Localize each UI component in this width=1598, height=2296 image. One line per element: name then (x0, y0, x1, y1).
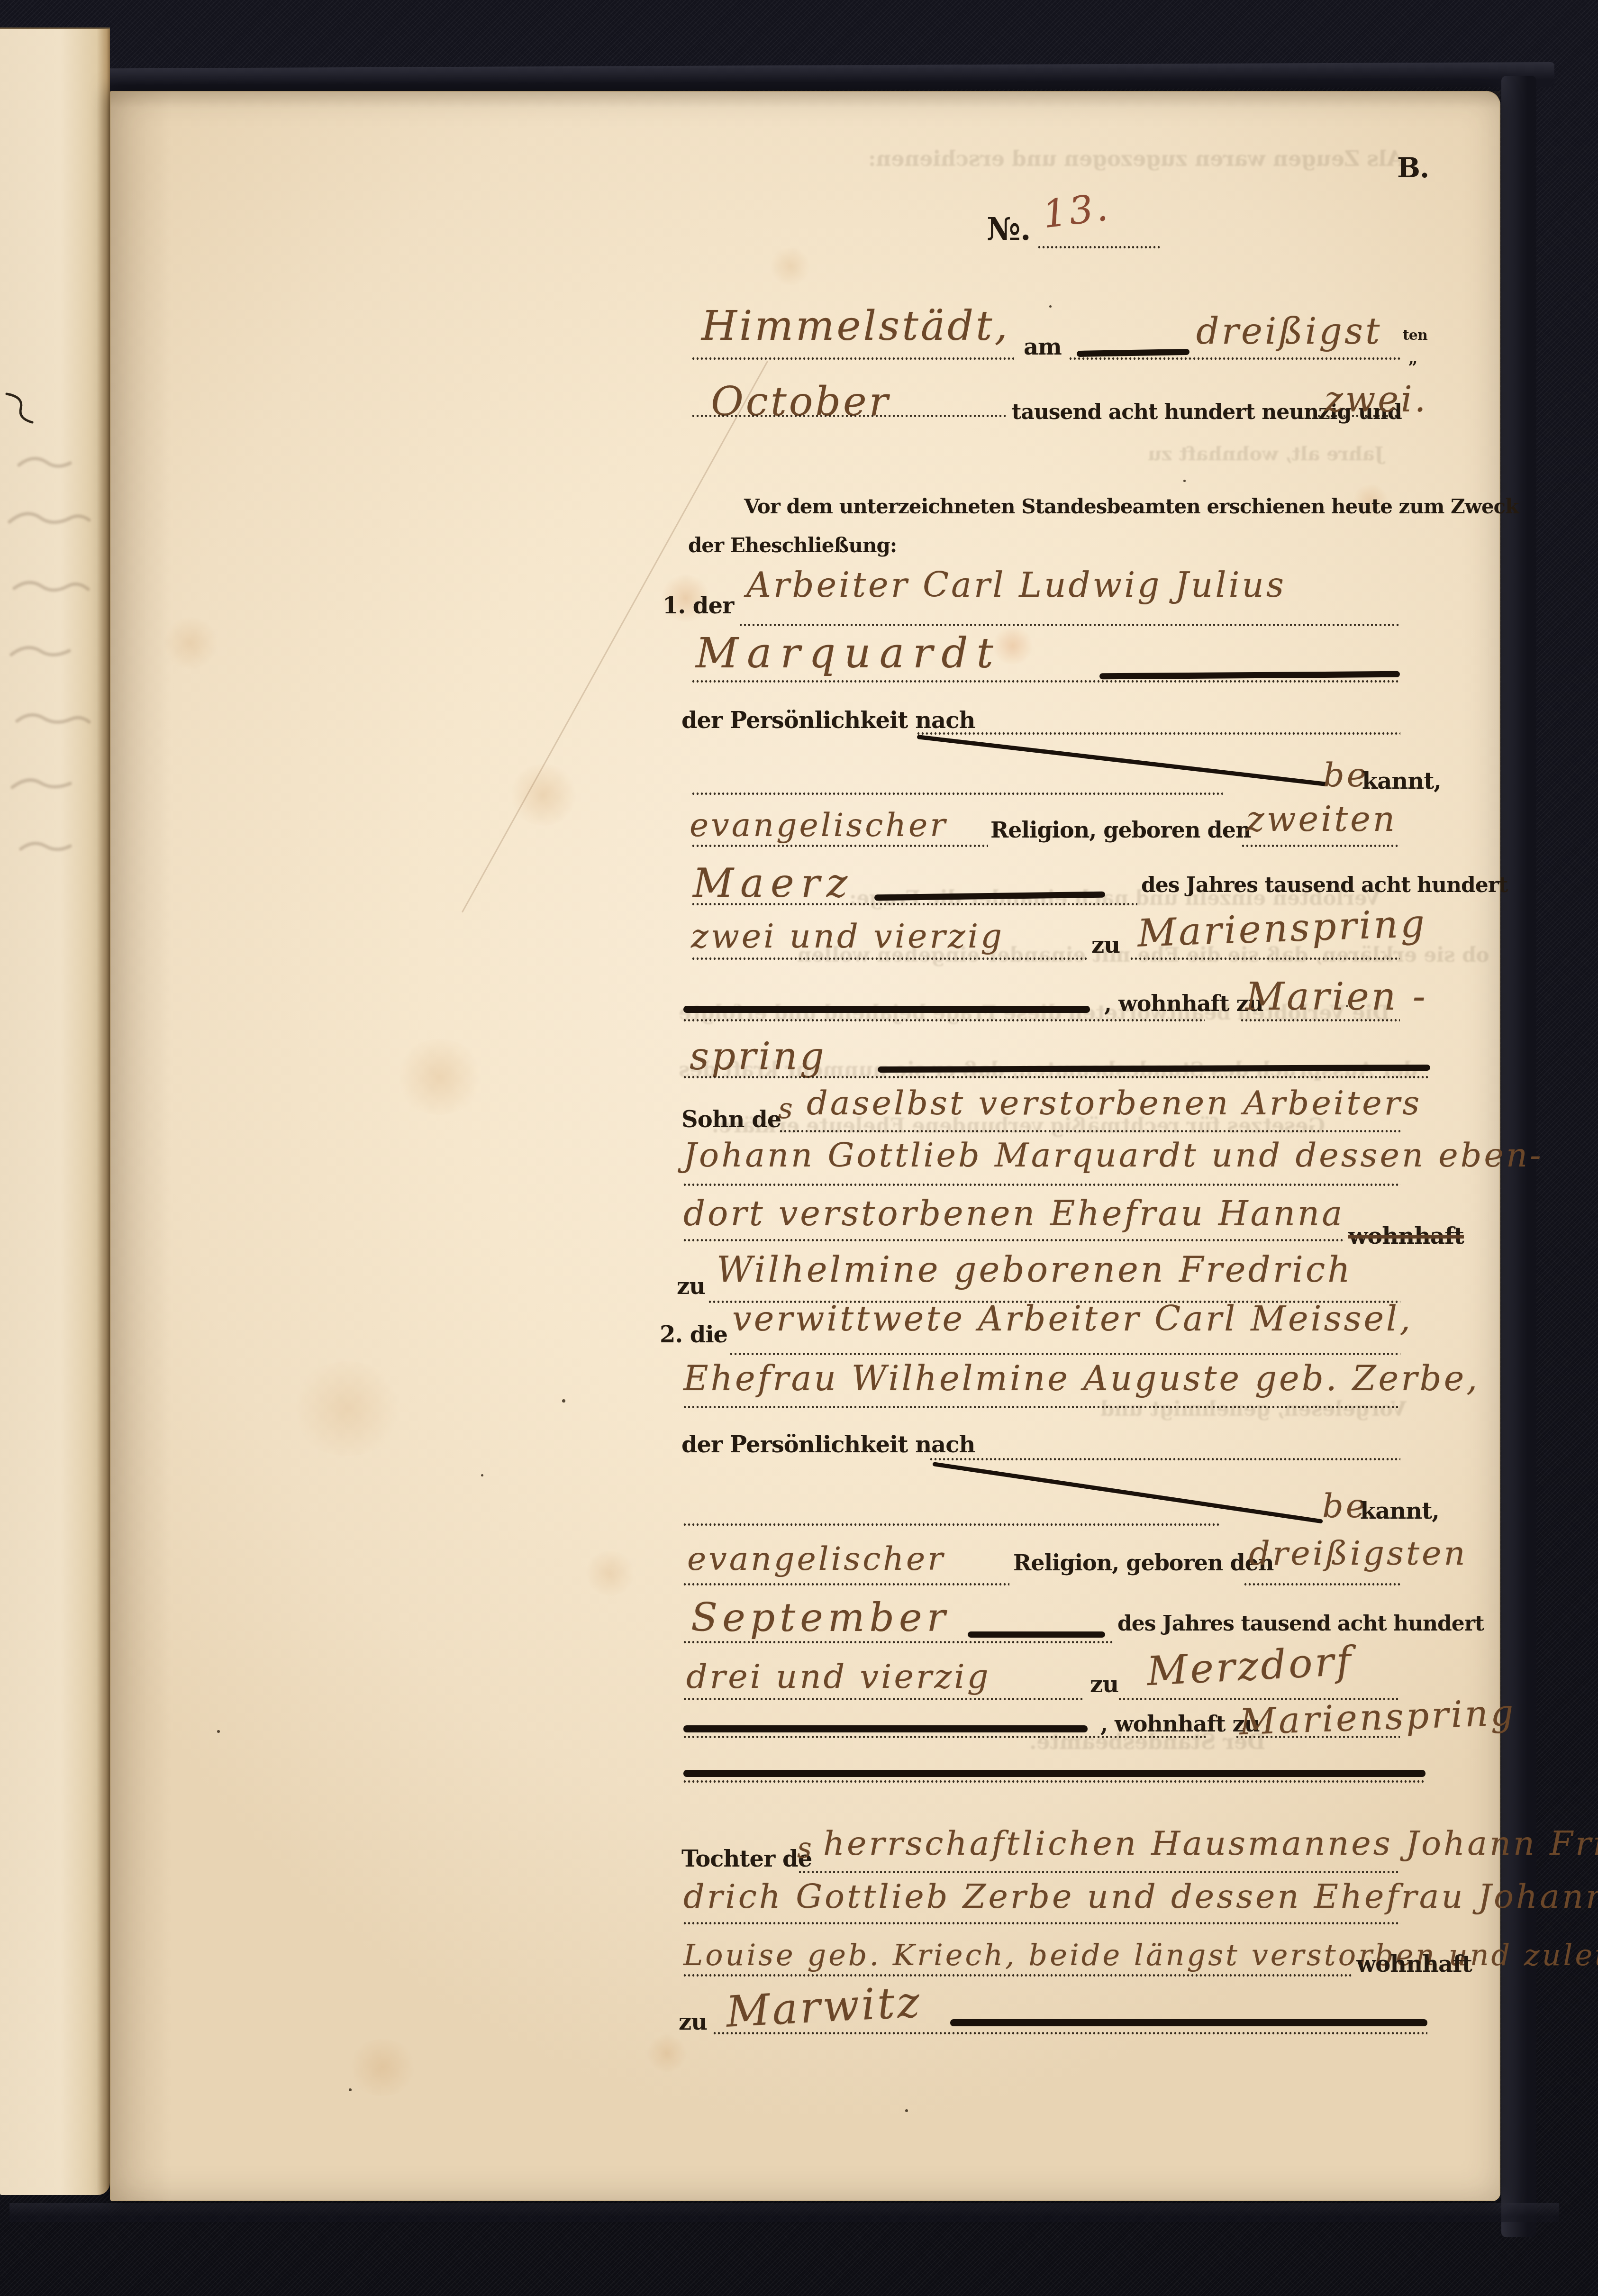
bride-daughter-label: Tochter de (681, 1846, 812, 1872)
place-entry: Himmelstädt, (701, 302, 1010, 350)
dotted-line (683, 1523, 1221, 1526)
groom-residence-line1: Marien - (1245, 975, 1428, 1019)
bride-birth-place: Merzdorf (1146, 1638, 1354, 1695)
zu-label: zu (1090, 1671, 1118, 1698)
groom-son-label: Sohn de (681, 1106, 781, 1133)
age-spot (769, 247, 811, 285)
bleedthrough-line: Als Zeugen waren zugezogen und erschiene… (868, 147, 1403, 171)
bride-item-label: 2. die (660, 1321, 727, 1348)
pen-dash (1077, 349, 1189, 357)
fiber-icon (0, 389, 38, 427)
pen-fill-line (1099, 671, 1400, 679)
dotted-line (692, 357, 1014, 360)
age-spot (394, 1039, 484, 1115)
groom-parents-line3: dort verstorbenen Ehefrau Hanna (683, 1194, 1344, 1233)
groom-wohnhaft-struck: wohnhaft (1348, 1223, 1464, 1249)
dotted-line (1038, 246, 1161, 248)
groom-religion-label: Religion, geboren den (990, 817, 1251, 843)
age-spot (290, 1361, 404, 1456)
ink-speck (481, 1474, 483, 1476)
bleedthrough-line: Vorgelesen, genehmigt und (1100, 1397, 1407, 1421)
bride-residence: Marienspring (1239, 1691, 1516, 1743)
book-scan: Als Zeugen waren zugezogen und erschiene… (0, 0, 1598, 2296)
age-spot (508, 764, 579, 826)
dotted-line (713, 2032, 1427, 2034)
pen-dash (968, 1631, 1105, 1638)
ink-speck (349, 2088, 352, 2091)
groom-known-label: kannt, (1362, 768, 1441, 794)
dotted-line (1242, 845, 1400, 847)
dotted-line (683, 1736, 1206, 1738)
groom-parents-line1: daselbst verstorbenen Arbeiters (807, 1084, 1422, 1122)
day-suffix-mark: „ (1408, 349, 1417, 368)
bride-daughter-label-suffix: s (797, 1831, 814, 1865)
pen-fill-line (683, 1725, 1088, 1732)
dotted-line (683, 1239, 1345, 1241)
dotted-line (692, 793, 1223, 795)
am-label: am (1024, 334, 1062, 360)
dotted-line (1244, 1583, 1400, 1585)
dotted-line (683, 1780, 1425, 1783)
zu-label: zu (677, 1273, 705, 1300)
bride-birth-day: dreißigsten (1249, 1534, 1468, 1573)
age-spot (584, 1551, 636, 1596)
groom-parents-line2: Johann Gottlieb Marquardt und dessen ebe… (683, 1136, 1544, 1175)
record-number-label: №. (987, 210, 1031, 247)
groom-son-label-suffix: s (778, 1092, 795, 1125)
dotted-line (692, 415, 1007, 417)
age-spot (645, 2034, 688, 2072)
registry-page: Als Zeugen waren zugezogen und erschiene… (110, 91, 1500, 2201)
dotted-line (683, 1698, 1085, 1700)
groom-item-label: 1. der (663, 592, 734, 619)
dotted-line (780, 1130, 1400, 1132)
zu-label: zu (679, 2009, 707, 2035)
groom-birth-year: zwei und vierzig (691, 917, 1004, 956)
dotted-line (739, 624, 1399, 626)
previous-page-edge (0, 27, 110, 2195)
dotted-line (692, 903, 1137, 905)
age-spot (162, 617, 219, 669)
bride-known-label: kannt, (1360, 1498, 1439, 1524)
day-entry: dreißigst (1196, 310, 1382, 352)
cover-edge-bottom (9, 2203, 1559, 2222)
bride-wohnhaft-zu-label: , wohnhaft zu (1100, 1711, 1260, 1737)
page-corner-mark: B. (1397, 152, 1429, 184)
cover-edge-top (19, 62, 1554, 93)
bride-religion-entry: evangelischer (687, 1540, 945, 1578)
bride-residence2: Marwitz (725, 1977, 923, 2037)
dotted-line (692, 957, 1088, 960)
gutter-shadow (110, 91, 172, 2201)
dotted-line (1130, 957, 1400, 960)
page-top-shadow (110, 91, 1500, 108)
dotted-line (683, 1406, 1400, 1408)
record-number-value: 13. (1040, 185, 1113, 237)
dotted-line (730, 1353, 1400, 1355)
groom-identity-label: der Persönlichkeit nach (681, 707, 975, 734)
age-spot (347, 2039, 418, 2096)
bride-year-label: des Jahres tausend acht hundert (1117, 1612, 1484, 1636)
dotted-line (692, 845, 988, 847)
dotted-line (1069, 357, 1401, 360)
groom-surname: Marquardt (696, 629, 1002, 677)
intro-line1: Vor dem unterzeichneten Standesbeamten e… (744, 495, 1518, 518)
dotted-line (683, 1184, 1400, 1186)
bride-birth-month: September (691, 1595, 950, 1640)
dotted-line (917, 732, 1400, 735)
bride-identity-label: der Persönlichkeit nach (681, 1431, 975, 1458)
pen-diagonal-stroke (932, 1462, 1323, 1523)
ink-speck (562, 1399, 565, 1403)
bleedthrough-handwriting (0, 446, 110, 873)
intro-line2: der Eheschließung: (688, 534, 897, 557)
dotted-line (1241, 1019, 1400, 1021)
groom-birth-month: Maerz (693, 860, 854, 906)
pen-fill-line (683, 1006, 1090, 1013)
month-entry: October (711, 378, 890, 425)
ink-speck (905, 2109, 908, 2112)
bride-status-names: verwittwete Arbeiter Carl Meissel, (732, 1299, 1413, 1339)
dotted-line (799, 1871, 1400, 1873)
pen-diagonal-stroke (917, 735, 1327, 786)
groom-religion-entry: evangelischer (690, 807, 948, 844)
groom-year-label: des Jahres tausend acht hundert (1141, 873, 1507, 897)
ink-speck (1049, 305, 1052, 308)
dotted-line (683, 1583, 1009, 1585)
bride-religion-label: Religion, geboren den (1013, 1550, 1273, 1576)
dotted-line (683, 1641, 1114, 1643)
year-entry: zwei. (1325, 379, 1428, 420)
dotted-line (683, 1019, 1205, 1021)
ink-speck (1183, 480, 1186, 482)
dotted-line (683, 1076, 1430, 1078)
bride-name-line2: Ehefrau Wilhelmine Auguste geb. Zerbe, (683, 1358, 1480, 1398)
groom-birth-day: zweiten (1246, 799, 1397, 839)
zu-label: zu (1091, 932, 1120, 958)
wohnhaft-zu-label: , wohnhaft zu (1104, 991, 1263, 1016)
bride-parents-line2: drich Gottlieb Zerbe und dessen Ehefrau … (683, 1877, 1598, 1916)
bride-parents-line1: herrschaftlichen Hausmannes Johann Frie- (823, 1824, 1598, 1863)
groom-residence-line2: spring (690, 1034, 826, 1078)
dotted-line (683, 1922, 1400, 1924)
dotted-line (1236, 1736, 1400, 1738)
groom-parents-line4: Wilhelmine geborenen Fredrich (717, 1249, 1353, 1290)
pen-fill-line (683, 1770, 1425, 1777)
dotted-line (692, 680, 1400, 683)
day-suffix: ten (1403, 327, 1427, 344)
bride-wohnhaft-label: wohnhaft (1356, 1951, 1472, 1977)
bleedthrough-line: Jahre alt, wohnhaft zu (1148, 443, 1384, 465)
bride-birth-year: drei und vierzig (686, 1657, 990, 1696)
dotted-line (1317, 415, 1400, 417)
groom-occupation-names: Arbeiter Carl Ludwig Julius (746, 565, 1286, 605)
ink-speck (217, 1730, 220, 1733)
pen-fill-line (950, 2019, 1427, 2026)
dotted-line (930, 1458, 1400, 1460)
dotted-line (683, 1974, 1353, 1977)
